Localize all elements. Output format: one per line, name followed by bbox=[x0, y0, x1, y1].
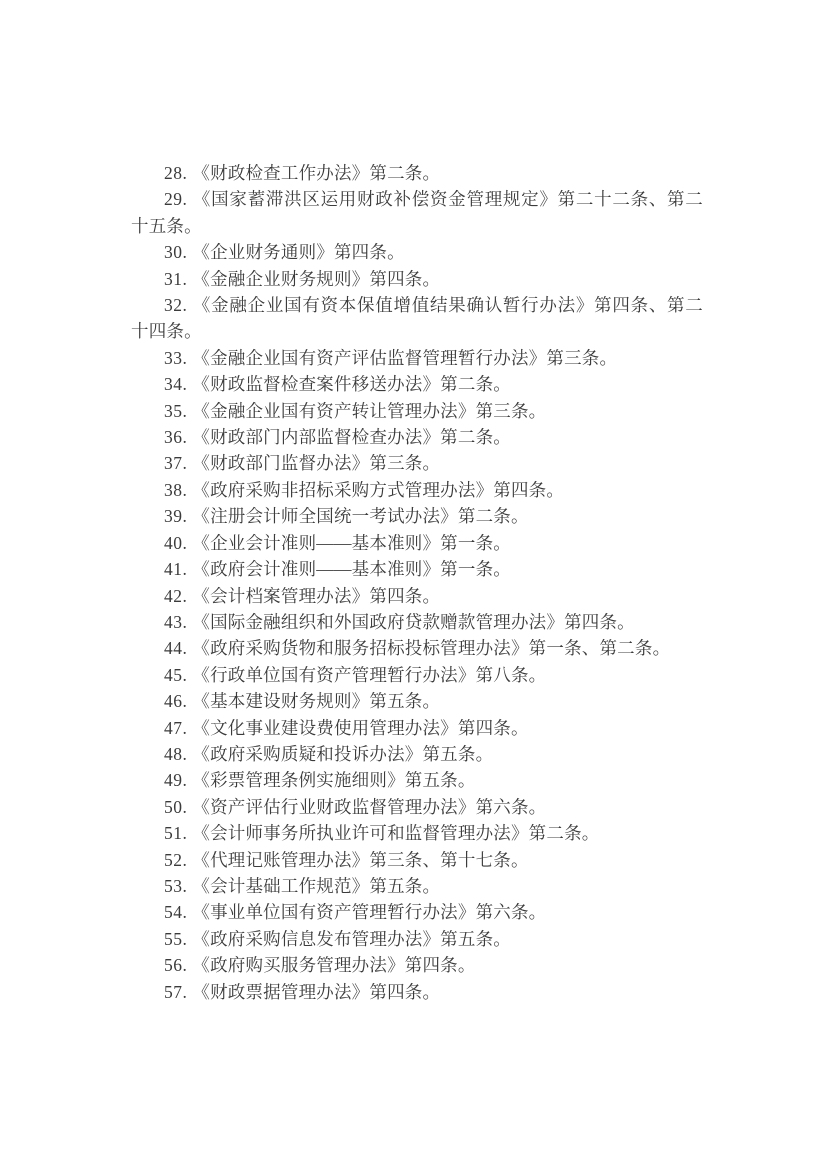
item-citation-text: 《财政票据管理办法》第四条。 bbox=[192, 982, 440, 1002]
item-citation-text: 《会计档案管理办法》第四条。 bbox=[192, 586, 440, 606]
list-item: 55.《政府采购信息发布管理办法》第五条。 bbox=[131, 926, 703, 952]
list-item: 33.《金融企业国有资产评估监督管理暂行办法》第三条。 bbox=[131, 345, 703, 371]
list-item: 42.《会计档案管理办法》第四条。 bbox=[131, 583, 703, 609]
item-citation-text: 《财政部门监督办法》第三条。 bbox=[192, 453, 440, 473]
item-citation-text: 《国家蓄滞洪区运用财政补偿资金管理规定》第二十二条、第二十五条。 bbox=[131, 189, 703, 235]
list-item: 35.《金融企业国有资产转让管理办法》第三条。 bbox=[131, 398, 703, 424]
list-item: 34.《财政监督检查案件移送办法》第二条。 bbox=[131, 371, 703, 397]
item-number: 57. bbox=[164, 982, 187, 1002]
item-number: 44. bbox=[164, 638, 187, 658]
list-item: 56.《政府购买服务管理办法》第四条。 bbox=[131, 952, 703, 978]
item-number: 49. bbox=[164, 770, 187, 790]
item-citation-text: 《基本建设财务规则》第五条。 bbox=[192, 691, 440, 711]
list-item: 37.《财政部门监督办法》第三条。 bbox=[131, 450, 703, 476]
item-citation-text: 《金融企业国有资产评估监督管理暂行办法》第三条。 bbox=[192, 348, 617, 368]
item-citation-text: 《金融企业国有资本保值增值结果确认暂行办法》第四条、第二十四条。 bbox=[131, 295, 703, 341]
item-number: 31. bbox=[164, 269, 187, 289]
list-item: 48.《政府采购质疑和投诉办法》第五条。 bbox=[131, 741, 703, 767]
list-item: 47.《文化事业建设费使用管理办法》第四条。 bbox=[131, 715, 703, 741]
item-number: 34. bbox=[164, 374, 187, 394]
list-item: 49.《彩票管理条例实施细则》第五条。 bbox=[131, 767, 703, 793]
list-item: 31.《金融企业财务规则》第四条。 bbox=[131, 266, 703, 292]
list-item: 32.《金融企业国有资本保值增值结果确认暂行办法》第四条、第二十四条。 bbox=[131, 292, 703, 345]
item-number: 41. bbox=[164, 559, 187, 579]
list-item: 28.《财政检查工作办法》第二条。 bbox=[131, 160, 703, 186]
item-citation-text: 《政府采购信息发布管理办法》第五条。 bbox=[192, 929, 511, 949]
list-item: 44.《政府采购货物和服务招标投标管理办法》第一条、第二条。 bbox=[131, 635, 703, 661]
item-citation-text: 《金融企业国有资产转让管理办法》第三条。 bbox=[192, 401, 546, 421]
item-citation-text: 《政府采购质疑和投诉办法》第五条。 bbox=[192, 744, 493, 764]
item-number: 53. bbox=[164, 876, 187, 896]
item-citation-text: 《代理记账管理办法》第三条、第十七条。 bbox=[192, 850, 528, 870]
item-citation-text: 《彩票管理条例实施细则》第五条。 bbox=[192, 770, 475, 790]
item-citation-text: 《财政监督检查案件移送办法》第二条。 bbox=[192, 374, 511, 394]
item-number: 33. bbox=[164, 348, 187, 368]
list-item: 45.《行政单位国有资产管理暂行办法》第八条。 bbox=[131, 662, 703, 688]
list-item: 43.《国际金融组织和外国政府贷款赠款管理办法》第四条。 bbox=[131, 609, 703, 635]
item-citation-text: 《政府采购货物和服务招标投标管理办法》第一条、第二条。 bbox=[192, 638, 670, 658]
item-number: 36. bbox=[164, 427, 187, 447]
item-number: 38. bbox=[164, 480, 187, 500]
item-citation-text: 《企业会计准则——基本准则》第一条。 bbox=[192, 533, 511, 553]
list-item: 51.《会计师事务所执业许可和监督管理办法》第二条。 bbox=[131, 820, 703, 846]
item-number: 29. bbox=[164, 189, 187, 209]
item-number: 45. bbox=[164, 665, 187, 685]
item-citation-text: 《政府会计准则——基本准则》第一条。 bbox=[192, 559, 511, 579]
item-number: 54. bbox=[164, 902, 187, 922]
item-number: 52. bbox=[164, 850, 187, 870]
list-item: 54.《事业单位国有资产管理暂行办法》第六条。 bbox=[131, 899, 703, 925]
list-item: 41.《政府会计准则——基本准则》第一条。 bbox=[131, 556, 703, 582]
list-item: 53.《会计基础工作规范》第五条。 bbox=[131, 873, 703, 899]
list-item: 38.《政府采购非招标采购方式管理办法》第四条。 bbox=[131, 477, 703, 503]
list-item: 40.《企业会计准则——基本准则》第一条。 bbox=[131, 530, 703, 556]
item-number: 37. bbox=[164, 453, 187, 473]
item-number: 55. bbox=[164, 929, 187, 949]
item-citation-text: 《政府采购非招标采购方式管理办法》第四条。 bbox=[192, 480, 564, 500]
item-number: 50. bbox=[164, 797, 187, 817]
item-number: 51. bbox=[164, 823, 187, 843]
document-page: 28.《财政检查工作办法》第二条。 29.《国家蓄滞洪区运用财政补偿资金管理规定… bbox=[0, 0, 826, 1169]
item-number: 46. bbox=[164, 691, 187, 711]
item-citation-text: 《行政单位国有资产管理暂行办法》第八条。 bbox=[192, 665, 546, 685]
item-number: 40. bbox=[164, 533, 187, 553]
item-citation-text: 《政府购买服务管理办法》第四条。 bbox=[192, 955, 475, 975]
list-item: 29.《国家蓄滞洪区运用财政补偿资金管理规定》第二十二条、第二十五条。 bbox=[131, 186, 703, 239]
list-item: 57.《财政票据管理办法》第四条。 bbox=[131, 979, 703, 1005]
item-number: 48. bbox=[164, 744, 187, 764]
list-item: 52.《代理记账管理办法》第三条、第十七条。 bbox=[131, 847, 703, 873]
item-citation-text: 《国际金融组织和外国政府贷款赠款管理办法》第四条。 bbox=[192, 612, 635, 632]
list-item: 46.《基本建设财务规则》第五条。 bbox=[131, 688, 703, 714]
item-number: 32. bbox=[164, 295, 187, 315]
item-number: 47. bbox=[164, 718, 187, 738]
item-citation-text: 《文化事业建设费使用管理办法》第四条。 bbox=[192, 718, 528, 738]
item-citation-text: 《金融企业财务规则》第四条。 bbox=[192, 269, 440, 289]
item-citation-text: 《财政部门内部监督检查办法》第二条。 bbox=[192, 427, 511, 447]
list-item: 36.《财政部门内部监督检查办法》第二条。 bbox=[131, 424, 703, 450]
item-citation-text: 《会计基础工作规范》第五条。 bbox=[192, 876, 440, 896]
item-citation-text: 《事业单位国有资产管理暂行办法》第六条。 bbox=[192, 902, 546, 922]
list-item: 50.《资产评估行业财政监督管理办法》第六条。 bbox=[131, 794, 703, 820]
list-item: 30.《企业财务通则》第四条。 bbox=[131, 239, 703, 265]
item-number: 43. bbox=[164, 612, 187, 632]
item-citation-text: 《注册会计师全国统一考试办法》第二条。 bbox=[192, 506, 528, 526]
item-citation-text: 《财政检查工作办法》第二条。 bbox=[192, 163, 440, 183]
item-citation-text: 《资产评估行业财政监督管理办法》第六条。 bbox=[192, 797, 546, 817]
item-citation-text: 《企业财务通则》第四条。 bbox=[192, 242, 404, 262]
item-number: 56. bbox=[164, 955, 187, 975]
list-item: 39.《注册会计师全国统一考试办法》第二条。 bbox=[131, 503, 703, 529]
item-number: 42. bbox=[164, 586, 187, 606]
item-number: 39. bbox=[164, 506, 187, 526]
item-citation-text: 《会计师事务所执业许可和监督管理办法》第二条。 bbox=[192, 823, 599, 843]
item-number: 28. bbox=[164, 163, 187, 183]
regulation-citation-list: 28.《财政检查工作办法》第二条。 29.《国家蓄滞洪区运用财政补偿资金管理规定… bbox=[131, 160, 703, 1005]
item-number: 35. bbox=[164, 401, 187, 421]
item-number: 30. bbox=[164, 242, 187, 262]
